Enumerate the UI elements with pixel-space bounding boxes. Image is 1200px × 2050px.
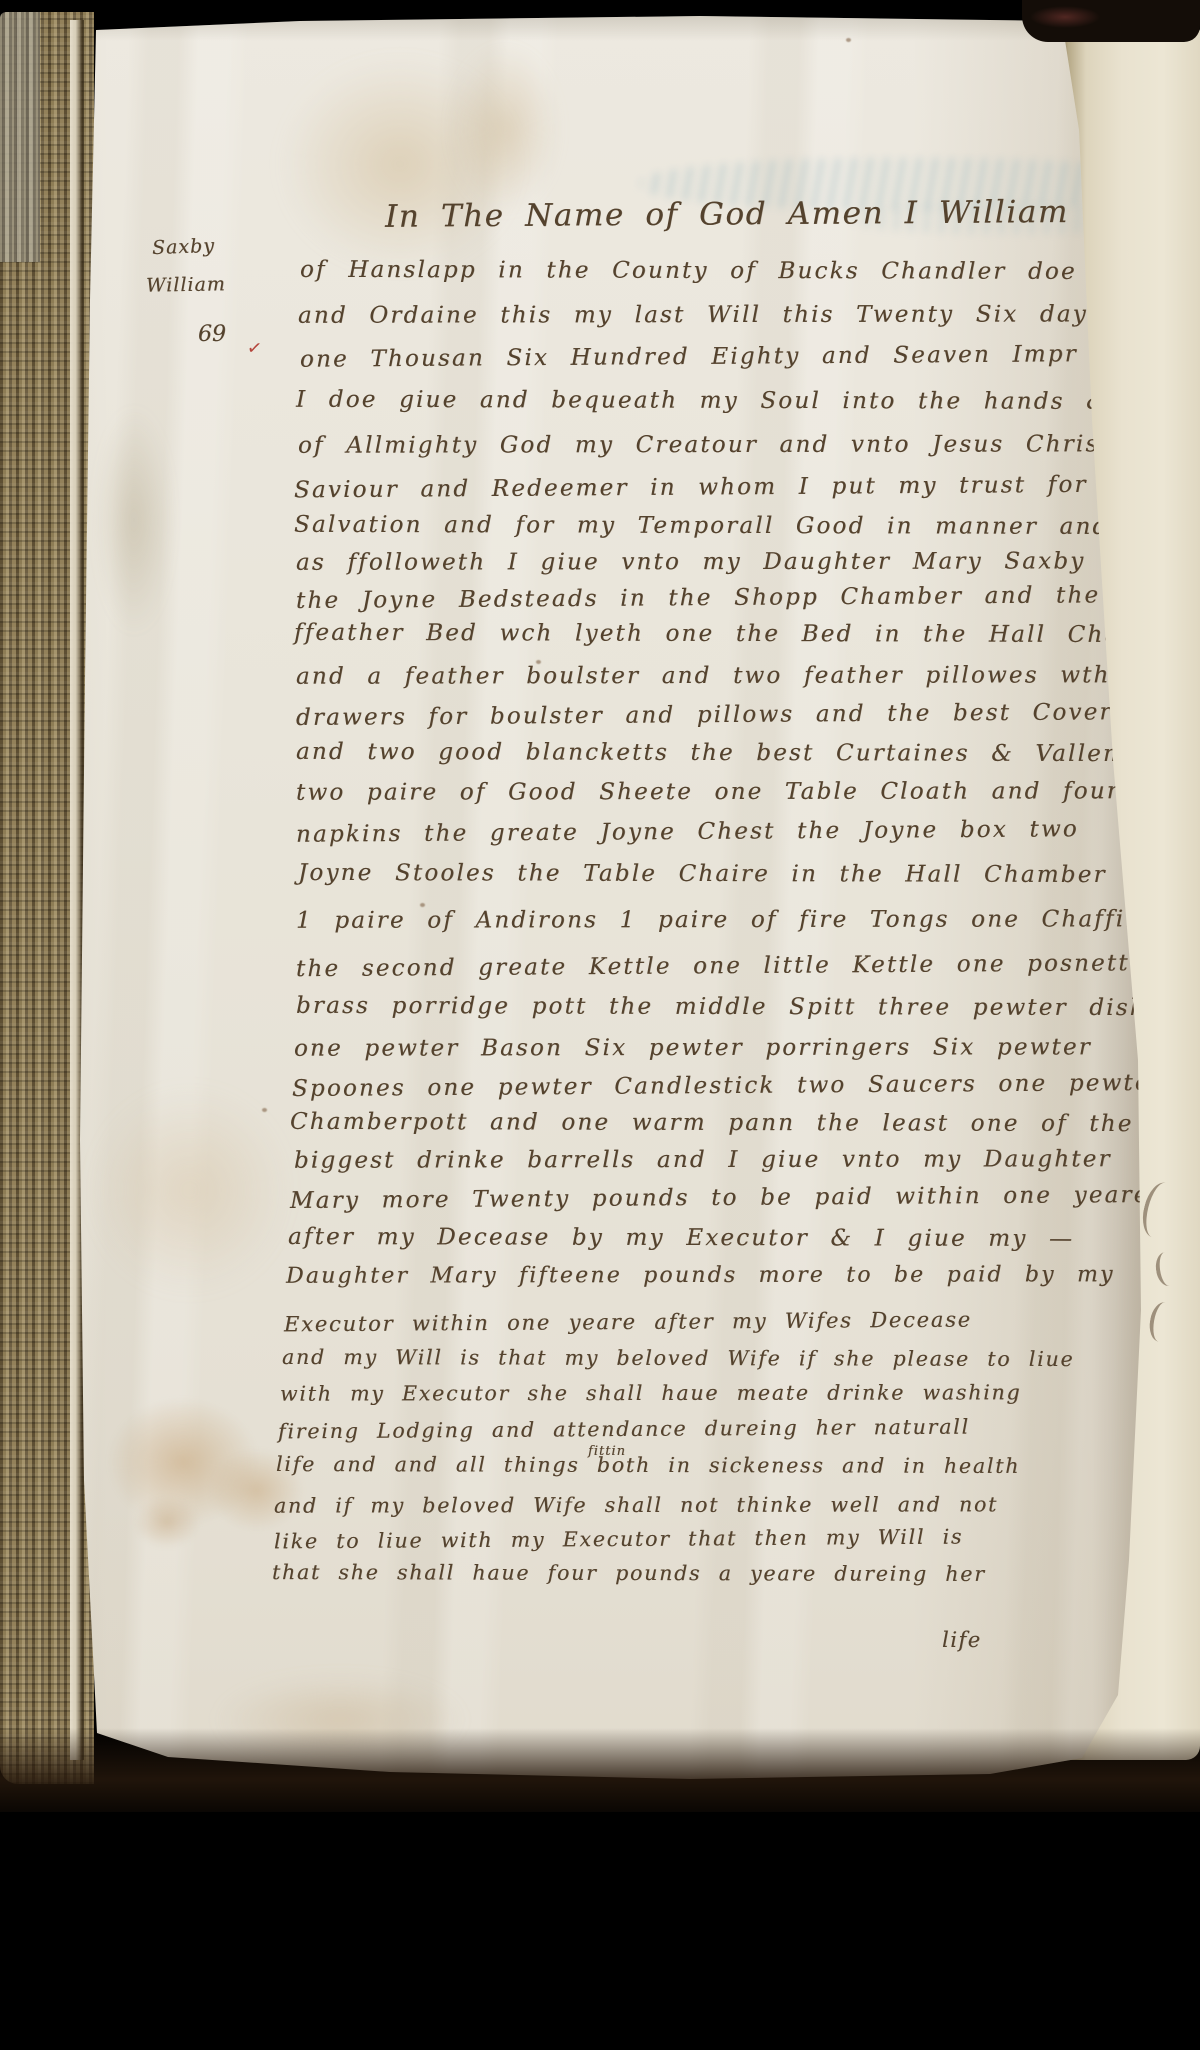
binding-headband [1022,0,1200,42]
text-line: ffeather Bed wch lyeth one the Bed in th… [294,620,1190,648]
spine-edge-texture [0,12,40,262]
text-line: life and and all things both in sickenes… [276,1452,1020,1478]
text-line: Salvation and for my Temporall Good in m… [294,512,1200,540]
manuscript-page: Saxby William 69 ✓ In The Name of God Am… [0,0,1200,2050]
text-line: fireing Lodging and attendance dureing h… [278,1415,970,1444]
text-line: and if my beloved Wife shall not thinke … [274,1492,998,1517]
ink-speck [420,903,425,907]
text-line: like to liue with my Executor that then … [274,1525,963,1554]
text-line: the second greate Kettle one little Kett… [296,950,1200,982]
text-line: that she shall haue four pounds a yeare … [272,1560,986,1586]
ink-speck [262,1108,267,1112]
margin-note-forename: William [146,273,226,296]
catchword: life [942,1628,982,1652]
page-stain [108,1398,258,1526]
folio-number: 69 [198,322,226,347]
book-photograph: Saxby William 69 ✓ In The Name of God Am… [0,0,1200,2050]
facing-page-ink-mark [1138,1179,1181,1241]
text-line: Mary more Twenty pounds to be paid withi… [290,1182,1150,1214]
text-line: one pewter Bason Six pewter porringers S… [294,1034,1092,1061]
text-line: and Ordaine this my last Will this Twent… [298,301,1200,329]
facing-page-ink-mark [1154,1251,1181,1288]
text-line: one Thousan Six Hundred Eighty and Seave… [300,341,1078,372]
red-checkmark: ✓ [246,337,264,360]
page-gutter-fold [70,20,84,1760]
text-line: of Allmighty God my Creatour and vnto Je… [298,431,1172,459]
text-line: In The Name of God Amen I William Saxby [385,193,1192,235]
text-line: napkins the greate Joyne Chest the Joyne… [296,816,1079,847]
text-line: biggest drinke barrells and I giue vnto … [294,1146,1112,1173]
text-line: the Joyne Bedsteads in the Shopp Chamber… [296,582,1147,614]
text-line: and two good blancketts the best Curtain… [296,739,1151,767]
text-line: with my Executor she shall haue meate dr… [280,1380,1022,1405]
page-stain [175,1662,505,1777]
text-line: 1 paire of Andirons 1 paire of fire Tong… [296,906,1200,934]
text-line: of Hanslapp in the County of Bucks Chand… [300,257,1170,285]
text-line: and a feather boulster and two feather p… [296,662,1111,689]
ink-speck [846,38,851,42]
interlined-word: fittin [588,1444,626,1459]
text-line: Chamberpott and one warm pann the least … [290,1109,1134,1137]
photo-black-margin [0,1812,1200,2050]
text-line: Spoones one pewter Candlestick two Sauce… [292,1070,1164,1102]
text-line: Executor within one yeare after my Wifes… [284,1308,972,1337]
text-line: Joyne Stooles the Table Chaire in the Ha… [298,860,1107,888]
text-line: as ffolloweth I giue vnto my Daughter Ma… [296,548,1200,576]
text-line: Saviour and Redeemer in whom I put my tr… [294,471,1200,504]
text-line: two paire of Good Sheete one Table Cloat… [296,778,1120,805]
text-line: and my Will is that my beloved Wife if s… [282,1345,1074,1371]
page-stain [55,1050,325,1330]
facing-page-ink-mark [1147,1300,1178,1344]
page-stain [86,370,182,670]
text-line: Daughter Mary fifteene pounds more to be… [286,1262,1115,1288]
text-line: after my Decease by my Executor & I giue… [288,1224,1074,1252]
page-stain [128,1492,206,1552]
margin-note-surname: Saxby [152,235,216,259]
text-line: brass porridge pott the middle Spitt thr… [296,993,1177,1021]
text-line: drawers for boulster and pillows and the… [296,699,1155,731]
text-line: I doe giue and bequeath my Soul into the… [296,387,1200,416]
